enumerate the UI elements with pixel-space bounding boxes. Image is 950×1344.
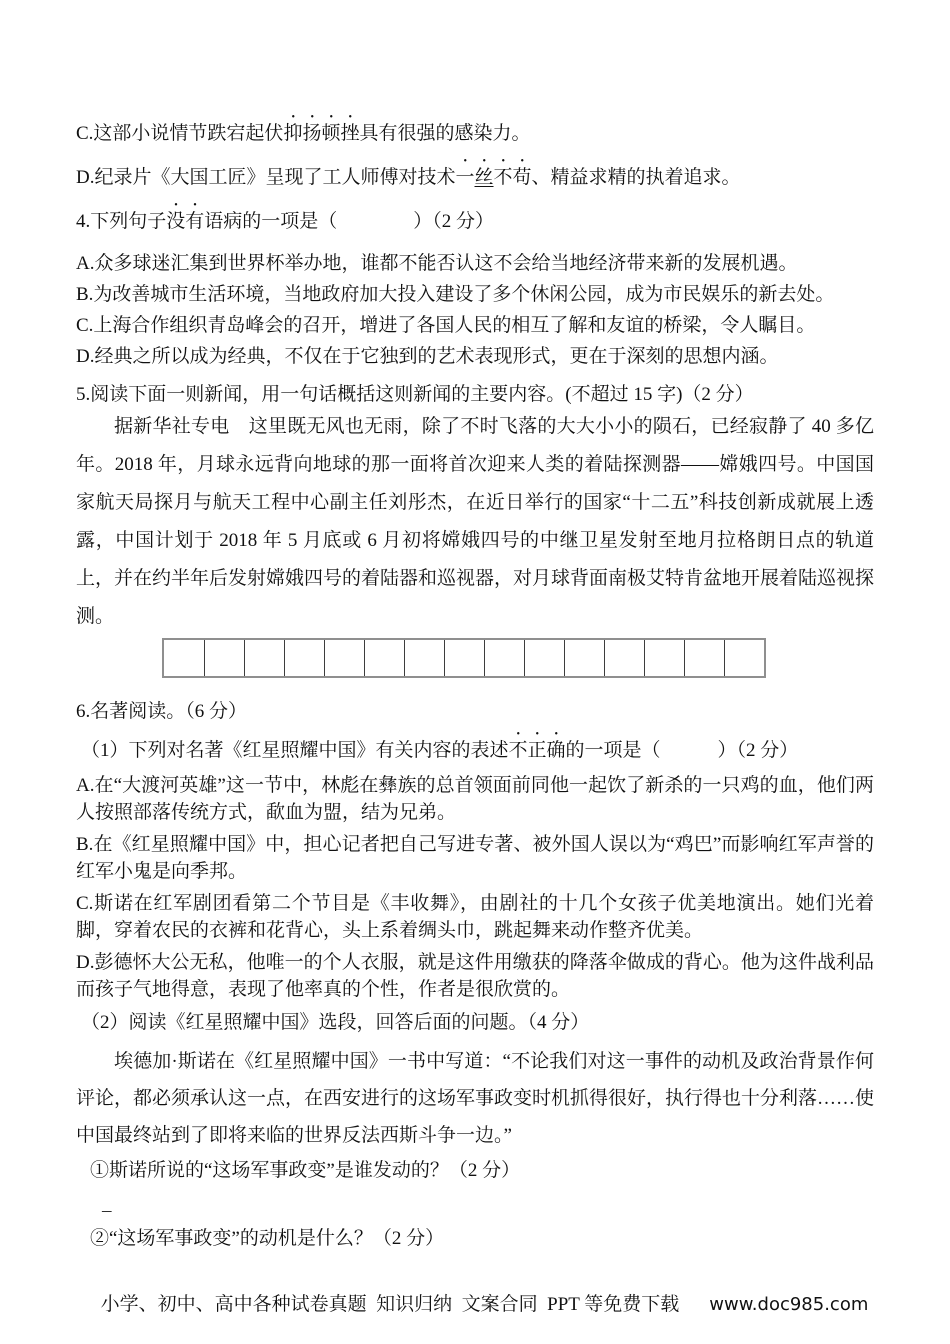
q6-part2-excerpt: 埃德加·斯诺在《红星照耀中国》一书中写道：“不论我们对这一事件的动机及政治背景作… [76,1043,874,1154]
answer-grid-cell[interactable] [284,640,324,676]
answer-grid-cell[interactable] [524,640,564,676]
answer-grid-cell[interactable] [324,640,364,676]
answer-grid-cell[interactable] [444,640,484,676]
text-segment: 的一项是（ ）（2 分） [566,740,799,761]
exam-page: C.这部小说情节跌宕起伏抑扬顿挫具有很强的感染力。 D.纪录片《大国工匠》呈现了… [0,0,950,1344]
answer-grid-cell[interactable] [684,640,724,676]
emphasized-text: 不苟 [494,167,532,188]
answer-grid-cell[interactable] [164,640,204,676]
answer-grid-cell[interactable] [604,640,644,676]
emphasized-text: 抑扬顿挫 [283,123,359,144]
q6-part1-option-b: B.在《红星照耀中国》中，担心记者把自己写进专著、被外国人误以为“鸡巴”而影响红… [76,831,874,885]
answer-grid-cell[interactable] [364,640,404,676]
q6-part2-sub-question-1: ①斯诺所说的“这场军事政变”是谁发动的？（2 分） [76,1158,874,1184]
q4-option-b: B.为改善城市生活环境，当地政府加大投入建设了多个休闲公园，成为市民娱乐的新去处… [76,282,874,308]
q4-option-a: A.众多球迷汇集到世界杯举办地，谁都不能否认这不会给当地经济带来新的发展机遇。 [76,251,874,277]
answer-grid-cell[interactable] [564,640,604,676]
q4-option-c: C.上海合作组织青岛峰会的召开，增进了各国人民的相互了解和友谊的桥梁，令人瞩目。 [76,313,874,339]
q4-stem: 4.下列句子没有语病的一项是（ ）（2 分） [76,200,874,235]
text-segment: C.这部小说情节跌宕起伏 [76,123,283,144]
answer-grid-cell[interactable] [244,640,284,676]
q6-part1-option-d: D.彭德怀大公无私，他唯一的个人衣服，就是这件用缴获的降落伞做成的背心。他为这件… [76,949,874,1003]
q4-option-d: D.经典之所以成为经典，不仅在于它独到的艺术表现形式，更在于深刻的思想内涵。 [76,344,874,370]
text-segment: 具有很强的感染力。 [359,123,530,144]
q6-part1-option-c: C.斯诺在红军剧团看第二个节目是《丰收舞》，由剧社的十几个女孩子优美地演出。她们… [76,890,874,944]
q6-stem: 6.名著阅读。（6 分） [76,699,874,725]
text-segment: 4.下列句子 [76,211,166,232]
q6-part2-stem: （2）阅读《红星照耀中国》选段，回答后面的问题。（4 分） [76,1010,874,1036]
emphasized-text: 丝 [475,167,494,188]
answer-grid-cell[interactable] [204,640,244,676]
q3-option-d: D.纪录片《大国工匠》呈现了工人师傅对技术一丝不苟、精益求精的执着追求。 [76,156,874,191]
q5-stem: 5.阅读下面一则新闻，用一句话概括这则新闻的主要内容。(不超过 15 字)（2 … [76,382,874,408]
answer-blank-dash: – [76,1198,874,1224]
q5-news-paragraph: 据新华社专电 这里既无风也无雨，除了不时飞落的大大小小的陨石，已经寂静了 40 … [76,408,874,636]
text-segment: D.纪录片《大国工匠》呈现了工人师傅对技术 [76,167,455,188]
page-footer: 小学、初中、高中各种试卷真题 知识归纳 文案合同 PPT 等免费下载www.do… [76,1266,874,1344]
emphasized-text: 没有 [166,211,204,232]
q6-part1-stem: （1）下列对名著《红星照耀中国》有关内容的表述不正确的一项是（ ）（2 分） [76,729,874,764]
q6-part2-sub-question-2: ②“这场军事政变”的动机是什么？（2 分） [76,1226,874,1252]
text-segment: （1）下列对名著《红星照耀中国》有关内容的表述 [81,740,509,761]
text-segment: 语病的一项是（ ）（2 分） [204,211,494,232]
footer-promo-text: 小学、初中、高中各种试卷真题 知识归纳 文案合同 PPT 等免费下载 [101,1294,680,1315]
q6-part1-option-a: A.在“大渡河英雄”这一节中，林彪在彝族的总首领面前同他一起饮了新杀的一只鸡的血… [76,772,874,826]
answer-grid-cell[interactable] [724,640,764,676]
answer-grid-cell[interactable] [484,640,524,676]
footer-site-link[interactable]: www.doc985.com [709,1294,868,1315]
emphasized-text: 不正确 [509,740,566,761]
answer-grid [162,638,766,678]
emphasized-text: 一 [455,167,474,188]
answer-grid-cell[interactable] [404,640,444,676]
q3-option-c: C.这部小说情节跌宕起伏抑扬顿挫具有很强的感染力。 [76,112,874,147]
answer-grid-cell[interactable] [644,640,684,676]
text-segment: 、精益求精的执着追求。 [532,167,741,188]
